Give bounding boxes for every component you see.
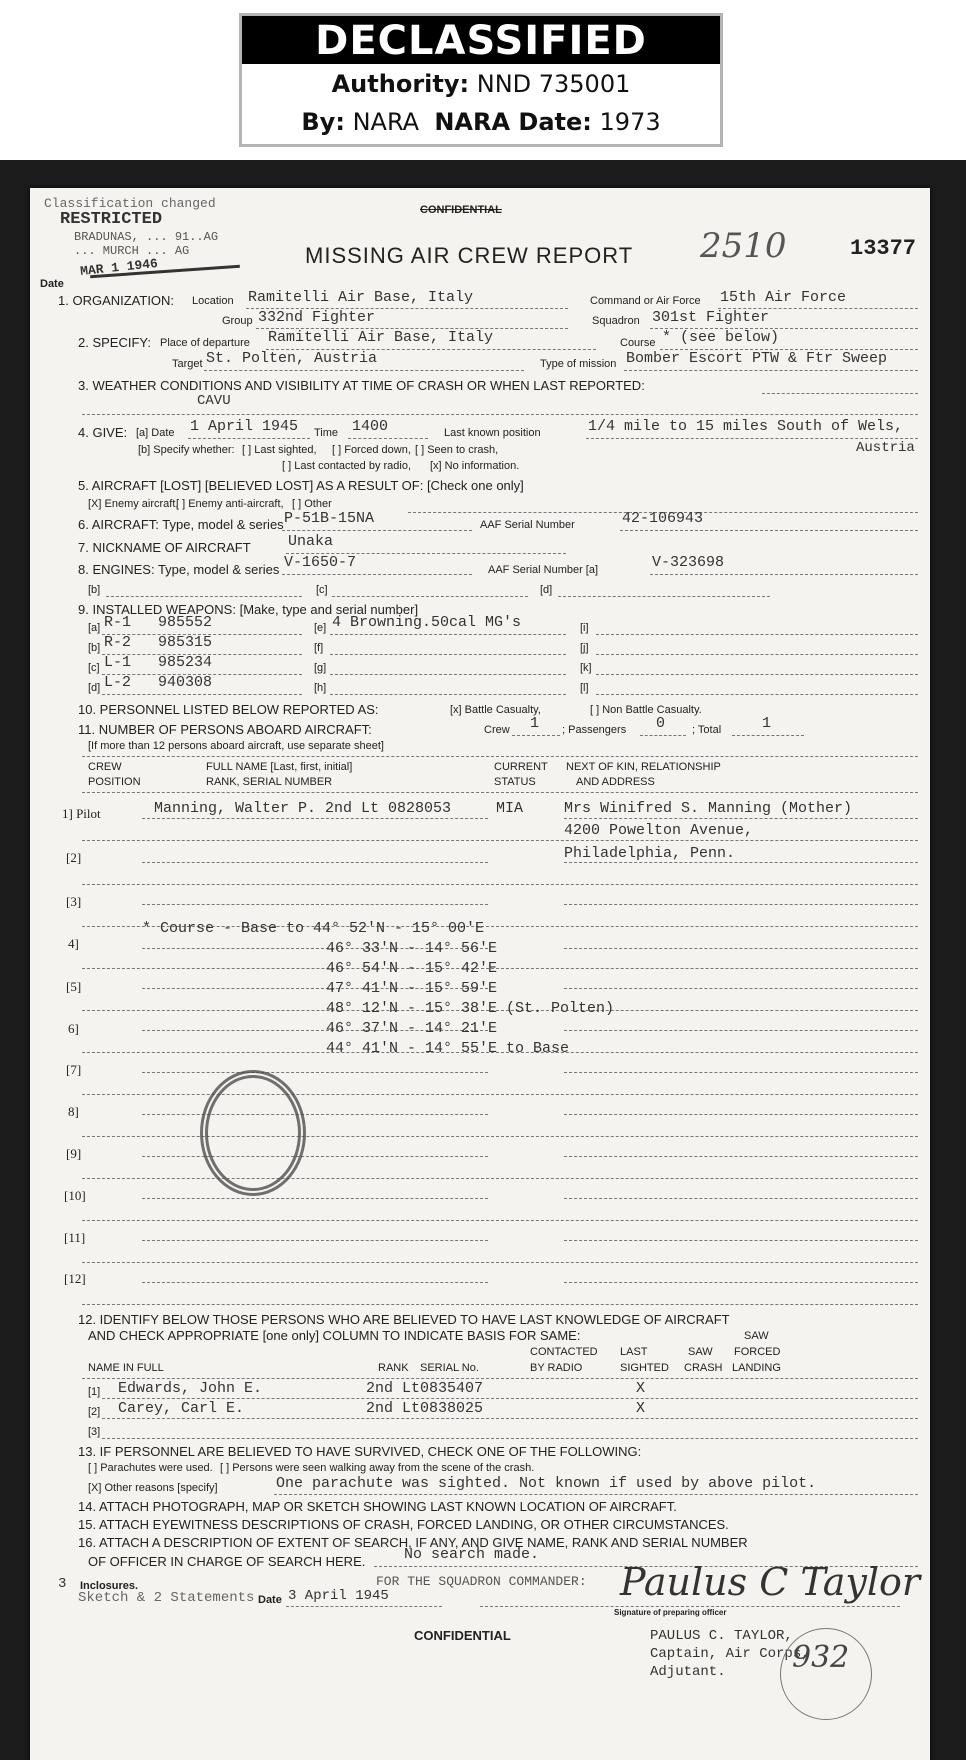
time-label: Time (314, 427, 338, 439)
engine-serial-label: AAF Serial Number [a] (488, 564, 598, 576)
underline (82, 792, 918, 793)
circled-number: 932 (792, 1640, 849, 1675)
search-value: No search made. (404, 1546, 539, 1563)
col-next-of-kin: NEXT OF KIN, RELATIONSHIP (566, 761, 721, 773)
kin-line-3: Philadelphia, Penn. (564, 845, 735, 862)
underline (624, 370, 918, 371)
weapon-b: R-2 985315 (104, 634, 212, 651)
underline (82, 968, 918, 969)
underline (102, 1398, 918, 1399)
underline (564, 904, 918, 905)
report-form: Classification changed RESTRICTED BRADUN… (30, 188, 930, 1760)
underline (142, 1282, 488, 1283)
weapon-k-tag: [k] (580, 662, 592, 674)
underline (82, 884, 918, 885)
col-full-name: FULL NAME [Last, first, initial] (206, 761, 352, 773)
s2-label: 2. SPECIFY: (78, 335, 151, 350)
officer-name: PAULUS C. TAYLOR, (650, 1628, 793, 1644)
aircraft-serial-label: AAF Serial Number (480, 519, 575, 531)
pilot-status: MIA (496, 800, 523, 817)
aircraft-serial: 42-106943 (622, 510, 703, 527)
opt-no-information: [x] No information. (430, 460, 519, 472)
regrade-line3: BRADUNAS, ... 91..AG (74, 230, 218, 244)
course-label: Course (620, 337, 655, 349)
underline (274, 1494, 918, 1495)
crew-row-1-label: 1] Pilot (62, 806, 101, 822)
col-saw-forced-landing-2: FORCED (734, 1346, 780, 1358)
col-crew-position: CREW (88, 761, 122, 773)
weather-value: CAVU (197, 393, 231, 409)
other-reasons-value: One parachute was sighted. Not known if … (276, 1475, 816, 1492)
page-title: MISSING AIR CREW REPORT (305, 243, 633, 269)
crew-row-12-label: [12] (64, 1271, 86, 1287)
crew-row-10-label: [10] (64, 1188, 86, 1204)
underline (330, 634, 566, 635)
course-value: * (see below) (662, 329, 779, 346)
witness-1-rank: 2nd Lt (366, 1380, 420, 1397)
weapon-j-tag: [j] (580, 642, 589, 654)
mission-label: Type of mission (540, 358, 616, 370)
s11-label: 11. NUMBER OF PERSONS ABOARD AIRCRAFT: (78, 722, 372, 737)
opt-last-contacted: [ ] Last contacted by radio, (282, 460, 411, 472)
col-saw-forced-landing-3: LANDING (732, 1362, 781, 1374)
crew-row-3-label: [3] (66, 894, 81, 910)
weapon-c: L-1 985234 (104, 654, 212, 671)
course-note-3: 46° 54'N - 15° 42'E (326, 960, 497, 977)
inclosures-value: Sketch & 2 Statements (78, 1590, 254, 1606)
aircraft-nickname: Unaka (288, 533, 333, 550)
engine-serial-a: V-323698 (652, 554, 724, 571)
underline (82, 1094, 918, 1095)
underline (558, 596, 770, 597)
footer-date-label: Date (258, 1594, 282, 1606)
underline (142, 1198, 488, 1199)
passengers-label: ; Passengers (562, 724, 626, 736)
loss-date: 1 April 1945 (190, 418, 298, 435)
squadron-label: Squadron (592, 315, 640, 327)
stamp-authority: Authority: NND 735001 (242, 64, 720, 102)
handwritten-number: 2510 (700, 226, 787, 266)
underline (286, 1606, 442, 1607)
specify-label: [b] Specify whether: (138, 444, 235, 456)
col-crew-position-2: POSITION (88, 776, 141, 788)
s8-label: 8. ENGINES: Type, model & series (78, 562, 279, 577)
underline (480, 1606, 900, 1607)
col-contacted-radio: CONTACTED (530, 1346, 598, 1358)
s14-label: 14. ATTACH PHOTOGRAPH, MAP OR SKETCH SHO… (78, 1499, 677, 1514)
col-full-name-2: RANK, SERIAL NUMBER (206, 776, 332, 788)
opt-walking-away: [ ] Persons were seen walking away from … (220, 1462, 534, 1474)
underline (564, 1198, 918, 1199)
col-last-sighted-2: SIGHTED (620, 1362, 669, 1374)
underline (564, 1114, 918, 1115)
witness-2-serial: 0838025 (420, 1400, 483, 1417)
underline (586, 438, 918, 439)
opt-parachutes-used: [ ] Parachutes were used. (88, 1462, 213, 1474)
underline (330, 654, 566, 655)
witness-2-last-sighted: X (636, 1400, 645, 1417)
col-name-in-full: NAME IN FULL (88, 1362, 164, 1374)
target-label: Target (172, 358, 203, 370)
weapon-b-tag: [b] (88, 642, 100, 654)
weapon-a-tag: [a] (88, 622, 100, 634)
col-last-sighted: LAST (620, 1346, 648, 1358)
s7-label: 7. NICKNAME OF AIRCRAFT (78, 540, 251, 555)
underline (82, 414, 918, 415)
witness-1-tag: [1] (88, 1386, 100, 1398)
s6-label: 6. AIRCRAFT: Type, model & series (78, 517, 284, 532)
s5-label: 5. AIRCRAFT [LOST] [BELIEVED LOST] AS A … (78, 478, 524, 493)
col-saw-forced-landing: SAW (744, 1330, 769, 1342)
witness-1-serial: 0835407 (420, 1380, 483, 1397)
col-contacted-radio-2: BY RADIO (530, 1362, 582, 1374)
s4-label: 4. GIVE: (78, 425, 127, 440)
underline (102, 1438, 918, 1439)
s15-label: 15. ATTACH EYEWITNESS DESCRIPTIONS OF CR… (78, 1517, 729, 1532)
weapon-g-tag: [g] (314, 662, 326, 674)
s10-label: 10. PERSONNEL LISTED BELOW REPORTED AS: (78, 702, 379, 717)
mission-value: Bomber Escort PTW & Ftr Sweep (626, 350, 887, 367)
opt-seen-crash: [ ] Seen to crash, (415, 444, 498, 456)
crew-row-5-label: [5] (66, 979, 81, 995)
for-commander: FOR THE SQUADRON COMMANDER: (376, 1574, 587, 1589)
engine-d-label: [d] (540, 584, 552, 596)
opt-last-sighted: [ ] Last sighted, (242, 444, 317, 456)
signature-label: Signature of preparing officer (614, 1608, 726, 1617)
command-label: Command or Air Force (590, 295, 701, 307)
underline (732, 735, 804, 736)
underline (564, 988, 918, 989)
col-saw-crash: SAW (688, 1346, 713, 1358)
col-rank: RANK (378, 1362, 409, 1374)
opt-other: [ ] Other (292, 498, 332, 510)
underline (82, 1304, 918, 1305)
underline (102, 694, 302, 695)
witness-2-name: Carey, Carl E. (118, 1400, 244, 1417)
underline (762, 393, 918, 394)
classification-bottom: CONFIDENTIAL (414, 1628, 511, 1643)
target-value: St. Polten, Austria (206, 350, 377, 367)
underline (82, 1220, 918, 1221)
scanned-page-background: Classification changed RESTRICTED BRADUN… (0, 160, 966, 1760)
crew-row-6-label: 6] (68, 1021, 79, 1037)
witness-3-tag: [3] (88, 1426, 100, 1438)
underline (564, 948, 918, 949)
separate-sheet-note: [If more than 12 persons aboard aircraft… (88, 740, 384, 752)
underline (204, 370, 524, 371)
underline (102, 634, 302, 635)
date-label-4: [a] Date (136, 427, 175, 439)
crew-row-4-label: 4] (68, 936, 79, 952)
col-serial: SERIAL No. (420, 1362, 479, 1374)
total-count: 1 (762, 715, 771, 732)
opt-other-reasons: [X] Other reasons [specify] (88, 1482, 218, 1494)
crew-row-9-label: [9] (66, 1146, 81, 1162)
regrade-line1: Classification changed (44, 196, 216, 211)
officer-title: Adjutant. (650, 1664, 726, 1680)
crew-row-2-label: [2] (66, 850, 81, 866)
position-label: Last known position (444, 427, 541, 439)
underline (282, 530, 472, 531)
underline (564, 1240, 918, 1241)
underline (650, 574, 918, 575)
underline (142, 904, 488, 905)
location-label: Location (192, 295, 234, 307)
underline (564, 1156, 918, 1157)
underline (142, 1114, 488, 1115)
underline (82, 756, 918, 757)
opt-enemy-aircraft: [X] Enemy aircraft, (88, 498, 178, 510)
engine-b-label: [b] (88, 584, 100, 596)
pilot-name: Manning, Walter P. 2nd Lt 0828053 (154, 800, 451, 817)
underline (512, 735, 560, 736)
inclosures-count: 3 (58, 1576, 66, 1592)
departure-value: Ramitelli Air Base, Italy (268, 329, 493, 346)
underline (596, 694, 918, 695)
seal-stamp (200, 1070, 306, 1196)
underline (142, 862, 488, 863)
opt-battle-casualty: [x] Battle Casualty, (450, 704, 541, 716)
col-status: CURRENT (494, 761, 548, 773)
last-position: 1/4 mile to 15 miles South of Wels, (588, 418, 903, 435)
footer-date: 3 April 1945 (288, 1588, 389, 1604)
weapon-c-tag: [c] (88, 662, 100, 674)
underline (142, 818, 488, 819)
declassified-stamp: DECLASSIFIED Authority: NND 735001 By: N… (239, 13, 723, 147)
crew-label: Crew (484, 724, 510, 736)
s3-label: 3. WEATHER CONDITIONS AND VISIBILITY AT … (78, 378, 645, 393)
underline (620, 530, 918, 531)
crew-row-8-label: 8] (68, 1104, 79, 1120)
passenger-count: 0 (656, 715, 665, 732)
underline (596, 634, 918, 635)
underline (142, 1240, 488, 1241)
witness-1-last-sighted: X (636, 1380, 645, 1397)
underline (282, 574, 472, 575)
engine-c-label: [c] (316, 584, 328, 596)
underline (596, 654, 918, 655)
weapon-e: 4 Browning.50cal MG's (332, 614, 521, 631)
underline (348, 438, 428, 439)
weapon-d-tag: [d] (88, 682, 100, 694)
underline (102, 674, 302, 675)
group-label: Group (222, 315, 253, 327)
departure-label: Place of departure (160, 337, 250, 349)
s1-label: 1. ORGANIZATION: (58, 293, 174, 308)
underline (82, 1178, 918, 1179)
weapon-i-tag: [i] (580, 622, 589, 634)
underline (564, 862, 918, 863)
crew-count: 1 (530, 715, 539, 732)
underline (564, 818, 918, 819)
col-status-2: STATUS (494, 776, 536, 788)
underline (188, 438, 310, 439)
underline (564, 1072, 918, 1073)
opt-non-battle-casualty: [ ] Non Battle Casualty. (590, 704, 702, 716)
kin-line-1: Mrs Winifred S. Manning (Mother) (564, 800, 852, 817)
weapon-l-tag: [l] (580, 682, 589, 694)
regrade-line2: RESTRICTED (60, 210, 162, 229)
witness-1-name: Edwards, John E. (118, 1380, 262, 1397)
underline (332, 596, 528, 597)
crew-row-11-label: [11] (64, 1230, 85, 1246)
course-note-4: 47° 41'N - 15° 59'E (326, 980, 497, 997)
underline (102, 1418, 918, 1419)
underline (106, 596, 302, 597)
group-value: 332nd Fighter (258, 309, 375, 326)
col-saw-crash-2: CRASH (684, 1362, 723, 1374)
last-position-cont: Austria (856, 440, 915, 456)
weapon-f-tag: [f] (314, 642, 323, 654)
s16-label-2: OF OFFICER IN CHARGE OF SEARCH HERE. (88, 1554, 365, 1569)
course-note-6: 46° 37'N - 14° 21'E (326, 1020, 497, 1037)
date-label: Date (40, 278, 64, 290)
course-note-1: * Course - Base to 44° 52'N - 15° 00'E (142, 920, 484, 937)
location-value: Ramitelli Air Base, Italy (248, 289, 473, 306)
underline (142, 1072, 488, 1073)
opt-forced-down: [ ] Forced down, (332, 444, 411, 456)
aircraft-type: P-51B-15NA (284, 510, 374, 527)
stamp-by-date: By: NARA NARA Date: 1973 (242, 102, 720, 140)
engine-type: V-1650-7 (284, 554, 356, 571)
witness-2-tag: [2] (88, 1406, 100, 1418)
stamp-header: DECLASSIFIED (242, 16, 720, 64)
weapon-d: L-2 940308 (104, 674, 212, 691)
weapon-h-tag: [h] (314, 682, 326, 694)
underline (82, 1262, 918, 1263)
report-number: 13377 (850, 236, 916, 261)
s13-label: 13. IF PERSONNEL ARE BELIEVED TO HAVE SU… (78, 1444, 641, 1459)
underline (142, 1156, 488, 1157)
underline (330, 674, 566, 675)
command-value: 15th Air Force (720, 289, 846, 306)
underline (102, 654, 302, 655)
weapon-e-tag: [e] (314, 622, 326, 634)
kin-line-2: 4200 Powelton Avenue, (564, 822, 753, 839)
weapon-a: R-1 985552 (104, 614, 212, 631)
opt-enemy-aa: [ ] Enemy anti-aircraft, (176, 498, 284, 510)
s12-label-2: AND CHECK APPROPRIATE [one only] COLUMN … (88, 1328, 580, 1343)
total-label: ; Total (692, 724, 721, 736)
underline (640, 735, 686, 736)
underline (596, 674, 918, 675)
witness-2-rank: 2nd Lt (366, 1400, 420, 1417)
classification-top: CONFIDENTIAL (420, 204, 502, 216)
course-note-2: 46° 33'N - 14° 56'E (326, 940, 497, 957)
course-note-7: 44° 41'N - 14° 55'E to Base (326, 1040, 569, 1057)
crew-row-7-label: [7] (66, 1062, 81, 1078)
signature: Paulus C Taylor (620, 1560, 920, 1604)
underline (564, 1282, 918, 1283)
underline (82, 1378, 918, 1379)
squadron-value: 301st Fighter (652, 309, 769, 326)
underline (82, 840, 918, 841)
underline (564, 1030, 918, 1031)
regrade-line4: ... MURCH ... AG (74, 244, 189, 258)
s12-label: 12. IDENTIFY BELOW THOSE PERSONS WHO ARE… (78, 1312, 730, 1327)
course-note-5: 48° 12'N - 15° 38'E (St. Polten) (326, 1000, 614, 1017)
col-next-of-kin-2: AND ADDRESS (576, 776, 655, 788)
loss-time: 1400 (352, 418, 388, 435)
underline (330, 694, 566, 695)
